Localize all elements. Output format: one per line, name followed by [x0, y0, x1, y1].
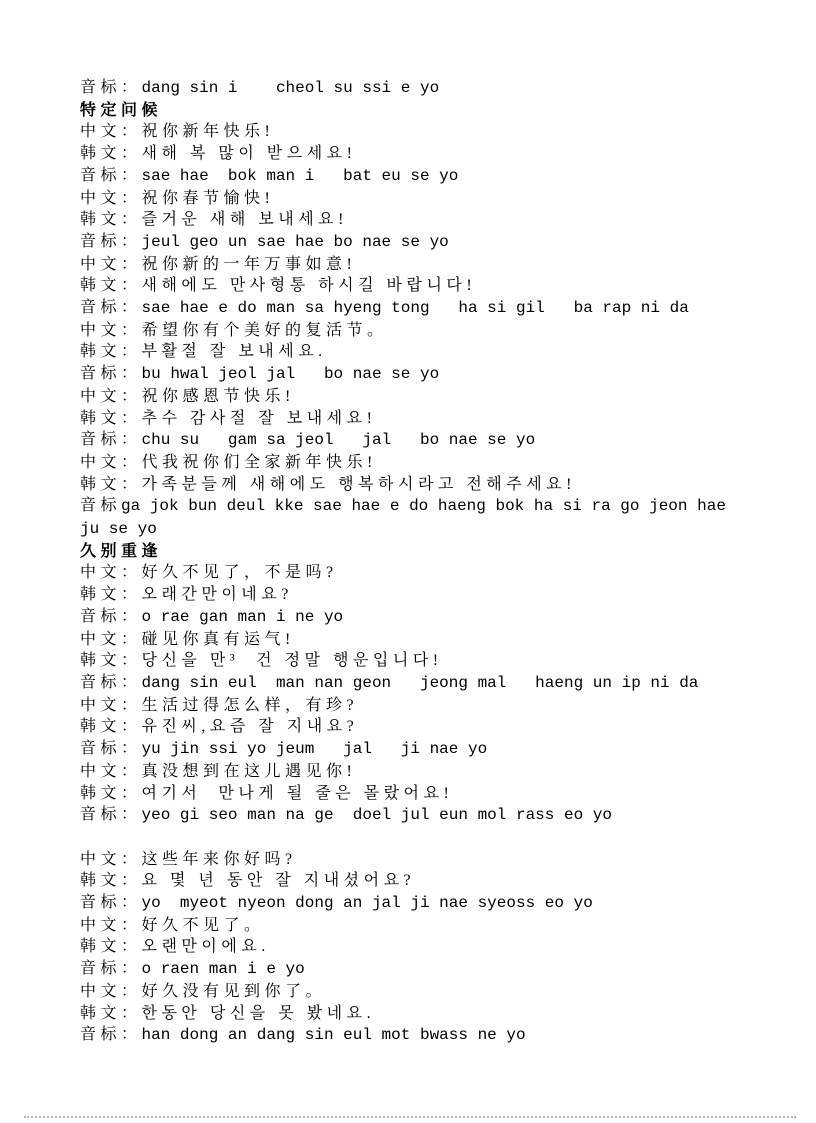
doc-line: 韩文：한동안 당신을 못 봤네요.	[80, 1003, 786, 1025]
line-label: 中文：	[80, 256, 142, 273]
line-label: 中文：	[80, 763, 142, 780]
line-label: 中文：	[80, 631, 142, 648]
line-text: 好久不见了。	[142, 917, 265, 934]
line-text: 요 몇 년 동안 잘 지내셨어요?	[142, 872, 416, 889]
line-label: 韩文：	[80, 718, 142, 735]
line-label: 韩文：	[80, 410, 142, 427]
line-text: yeo gi seo man na ge doel jul eun mol ra…	[142, 806, 612, 824]
line-text: 希望你有个美好的复活节。	[142, 322, 388, 339]
line-label: 韩文：	[80, 785, 142, 802]
line-text: 가족분들께 새해에도 행복하시라고 전해주세요!	[142, 476, 576, 493]
document-page: 音标：dang sin i cheol su ssi e yo特定问候中文：祝你…	[0, 0, 816, 1123]
line-label: 韩文：	[80, 652, 142, 669]
line-text: dang sin eul man nan geon jeong mal haen…	[142, 674, 699, 692]
doc-line: 中文：真没想到在这儿遇见你!	[80, 761, 786, 783]
doc-line: 音标：dang sin i cheol su ssi e yo	[80, 77, 786, 100]
doc-line	[80, 827, 786, 849]
line-text: 代我祝你们全家新年快乐!	[142, 454, 377, 471]
doc-line: 韩文：추수 감사절 잘 보내세요!	[80, 408, 786, 430]
line-label: 韩文：	[80, 211, 142, 228]
doc-line: 韩文：유진씨,요즘 잘 지내요?	[80, 716, 786, 738]
line-text: 당신을 만³ 건 정말 행운입니다!	[142, 652, 443, 669]
line-label: 中文：	[80, 454, 142, 471]
line-label: 音标：	[80, 674, 142, 691]
line-label: 音标：	[80, 1026, 142, 1043]
line-text: dang sin i cheol su ssi e yo	[142, 79, 440, 97]
line-label: 中文：	[80, 190, 142, 207]
line-text: 한동안 당신을 못 봤네요.	[142, 1005, 376, 1022]
line-text: 새해에도 만사형통 하시길 바랍니다!	[142, 277, 477, 294]
section-heading: 特定问候	[80, 100, 786, 122]
line-text: 祝你新年快乐!	[142, 123, 275, 140]
doc-line: 韩文：새해 복 많이 받으세요!	[80, 143, 786, 165]
doc-line: 中文：碰见你真有运气!	[80, 629, 786, 651]
doc-line: 中文：好久没有见到你了。	[80, 981, 786, 1003]
line-text: jeul geo un sae hae bo nae se yo	[142, 233, 449, 251]
line-label: 音标：	[80, 79, 142, 96]
doc-line: 中文：代我祝你们全家新年快乐!	[80, 452, 786, 474]
doc-line: 中文：祝你新年快乐!	[80, 121, 786, 143]
line-label: 韩文：	[80, 872, 142, 889]
line-label: 中文：	[80, 123, 142, 140]
line-label: 音标：	[80, 365, 142, 382]
doc-line: 韩文：오랜만이에요.	[80, 936, 786, 958]
section-heading: 久别重逢	[80, 541, 786, 563]
doc-line: 韩文：즐거운 새해 보내세요!	[80, 209, 786, 231]
line-text: 부활절 잘 보내세요.	[142, 343, 327, 360]
line-text: 오랜만이에요.	[142, 938, 270, 955]
line-text: o rae gan man i ne yo	[142, 608, 344, 626]
doc-line: 音标：jeul geo un sae hae bo nae se yo	[80, 231, 786, 254]
line-label: 韩文：	[80, 586, 142, 603]
line-text: han dong an dang sin eul mot bwass ne yo	[142, 1026, 526, 1044]
doc-line: 中文：这些年来你好吗?	[80, 849, 786, 871]
line-label: 中文：	[80, 851, 142, 868]
line-text: 这些年来你好吗?	[142, 851, 297, 868]
line-label: 音标：	[80, 960, 142, 977]
line-label: 中文：	[80, 322, 142, 339]
line-text: ga jok bun deul kke sae hae e do haeng b…	[80, 497, 726, 538]
doc-line: 音标：sae hae e do man sa hyeng tong ha si …	[80, 297, 786, 320]
line-label: 中文：	[80, 917, 142, 934]
doc-line: 音标：dang sin eul man nan geon jeong mal h…	[80, 672, 786, 695]
line-label: 音标	[80, 497, 121, 514]
doc-line: 中文：希望你有个美好的复活节。	[80, 320, 786, 342]
doc-line: 中文：好久不见了。	[80, 915, 786, 937]
line-label: 音标：	[80, 894, 142, 911]
doc-line: 韩文：요 몇 년 동안 잘 지내셨어요?	[80, 870, 786, 892]
doc-line: 音标ga jok bun deul kke sae hae e do haeng…	[80, 495, 786, 540]
page-break-dotted-line	[24, 1116, 796, 1118]
line-label: 音标：	[80, 806, 142, 823]
line-text: sae hae bok man i bat eu se yo	[142, 167, 459, 185]
line-text: o raen man i e yo	[142, 960, 305, 978]
line-label: 中文：	[80, 697, 142, 714]
line-text: 久别重逢	[80, 543, 162, 560]
doc-line: 韩文：당신을 만³ 건 정말 행운입니다!	[80, 650, 786, 672]
line-text: sae hae e do man sa hyeng tong ha si gil…	[142, 299, 689, 317]
line-text: 特定问候	[80, 102, 162, 119]
line-text: 好久没有见到你了。	[142, 983, 327, 1000]
line-text: 여기서 만나게 될 줄은 몰랐어요!	[142, 785, 454, 802]
doc-line: 韩文：부활절 잘 보내세요.	[80, 341, 786, 363]
line-label: 韩文：	[80, 938, 142, 955]
line-label: 韩文：	[80, 343, 142, 360]
line-label: 音标：	[80, 608, 142, 625]
doc-line: 中文：好久不见了，不是吗?	[80, 562, 786, 584]
line-label: 韩文：	[80, 145, 142, 162]
line-label: 韩文：	[80, 277, 142, 294]
line-text: 오래간만이네요?	[142, 586, 293, 603]
doc-line: 韩文：새해에도 만사형통 하시길 바랍니다!	[80, 275, 786, 297]
line-text: 真没想到在这儿遇见你!	[142, 763, 357, 780]
line-label: 音标：	[80, 167, 142, 184]
line-label: 音标：	[80, 299, 142, 316]
doc-line: 中文：祝你新的一年万事如意!	[80, 254, 786, 276]
line-text: chu su gam sa jeol jal bo nae se yo	[142, 431, 536, 449]
doc-line: 音标：han dong an dang sin eul mot bwass ne…	[80, 1024, 786, 1047]
line-text: 새해 복 많이 받으세요!	[142, 145, 357, 162]
page-body: 音标：dang sin i cheol su ssi e yo特定问候中文：祝你…	[80, 77, 786, 1047]
line-label: 中文：	[80, 983, 142, 1000]
line-text: 유진씨,요즘 잘 지내요?	[142, 718, 359, 735]
line-label: 音标：	[80, 233, 142, 250]
line-text: yu jin ssi yo jeum jal ji nae yo	[142, 740, 488, 758]
line-text: 碰见你真有运气!	[142, 631, 295, 648]
line-text: 祝你新的一年万事如意!	[142, 256, 357, 273]
line-text: 好久不见了，不是吗?	[142, 564, 338, 581]
line-label: 中文：	[80, 388, 142, 405]
line-text: yo myeot nyeon dong an jal ji nae syeoss…	[142, 894, 593, 912]
line-text: 生活过得怎么样，有珍?	[142, 697, 359, 714]
doc-line: 韩文：여기서 만나게 될 줄은 몰랐어요!	[80, 783, 786, 805]
line-label: 韩文：	[80, 476, 142, 493]
doc-line: 韩文：오래간만이네요?	[80, 584, 786, 606]
doc-line: 音标：yo myeot nyeon dong an jal ji nae sye…	[80, 892, 786, 915]
line-text: 祝你春节愉快!	[142, 190, 275, 207]
doc-line: 中文：祝你感恩节快乐!	[80, 386, 786, 408]
line-text: bu hwal jeol jal bo nae se yo	[142, 365, 440, 383]
doc-line: 音标：o rae gan man i ne yo	[80, 606, 786, 629]
doc-line: 音标：sae hae bok man i bat eu se yo	[80, 165, 786, 188]
line-text: 추수 감사절 잘 보내세요!	[142, 410, 377, 427]
line-label: 韩文：	[80, 1005, 142, 1022]
doc-line: 音标：yeo gi seo man na ge doel jul eun mol…	[80, 804, 786, 827]
line-text: 즐거운 새해 보내세요!	[142, 211, 348, 228]
line-label: 音标：	[80, 740, 142, 757]
doc-line: 中文：生活过得怎么样，有珍?	[80, 695, 786, 717]
doc-line: 音标：yu jin ssi yo jeum jal ji nae yo	[80, 738, 786, 761]
line-label: 中文：	[80, 564, 142, 581]
doc-line: 音标：o raen man i e yo	[80, 958, 786, 981]
doc-line: 中文：祝你春节愉快!	[80, 188, 786, 210]
line-label: 音标：	[80, 431, 142, 448]
doc-line: 韩文：가족분들께 새해에도 행복하시라고 전해주세요!	[80, 474, 786, 496]
doc-line: 音标：bu hwal jeol jal bo nae se yo	[80, 363, 786, 386]
line-text: 祝你感恩节快乐!	[142, 388, 295, 405]
doc-line: 音标：chu su gam sa jeol jal bo nae se yo	[80, 429, 786, 452]
